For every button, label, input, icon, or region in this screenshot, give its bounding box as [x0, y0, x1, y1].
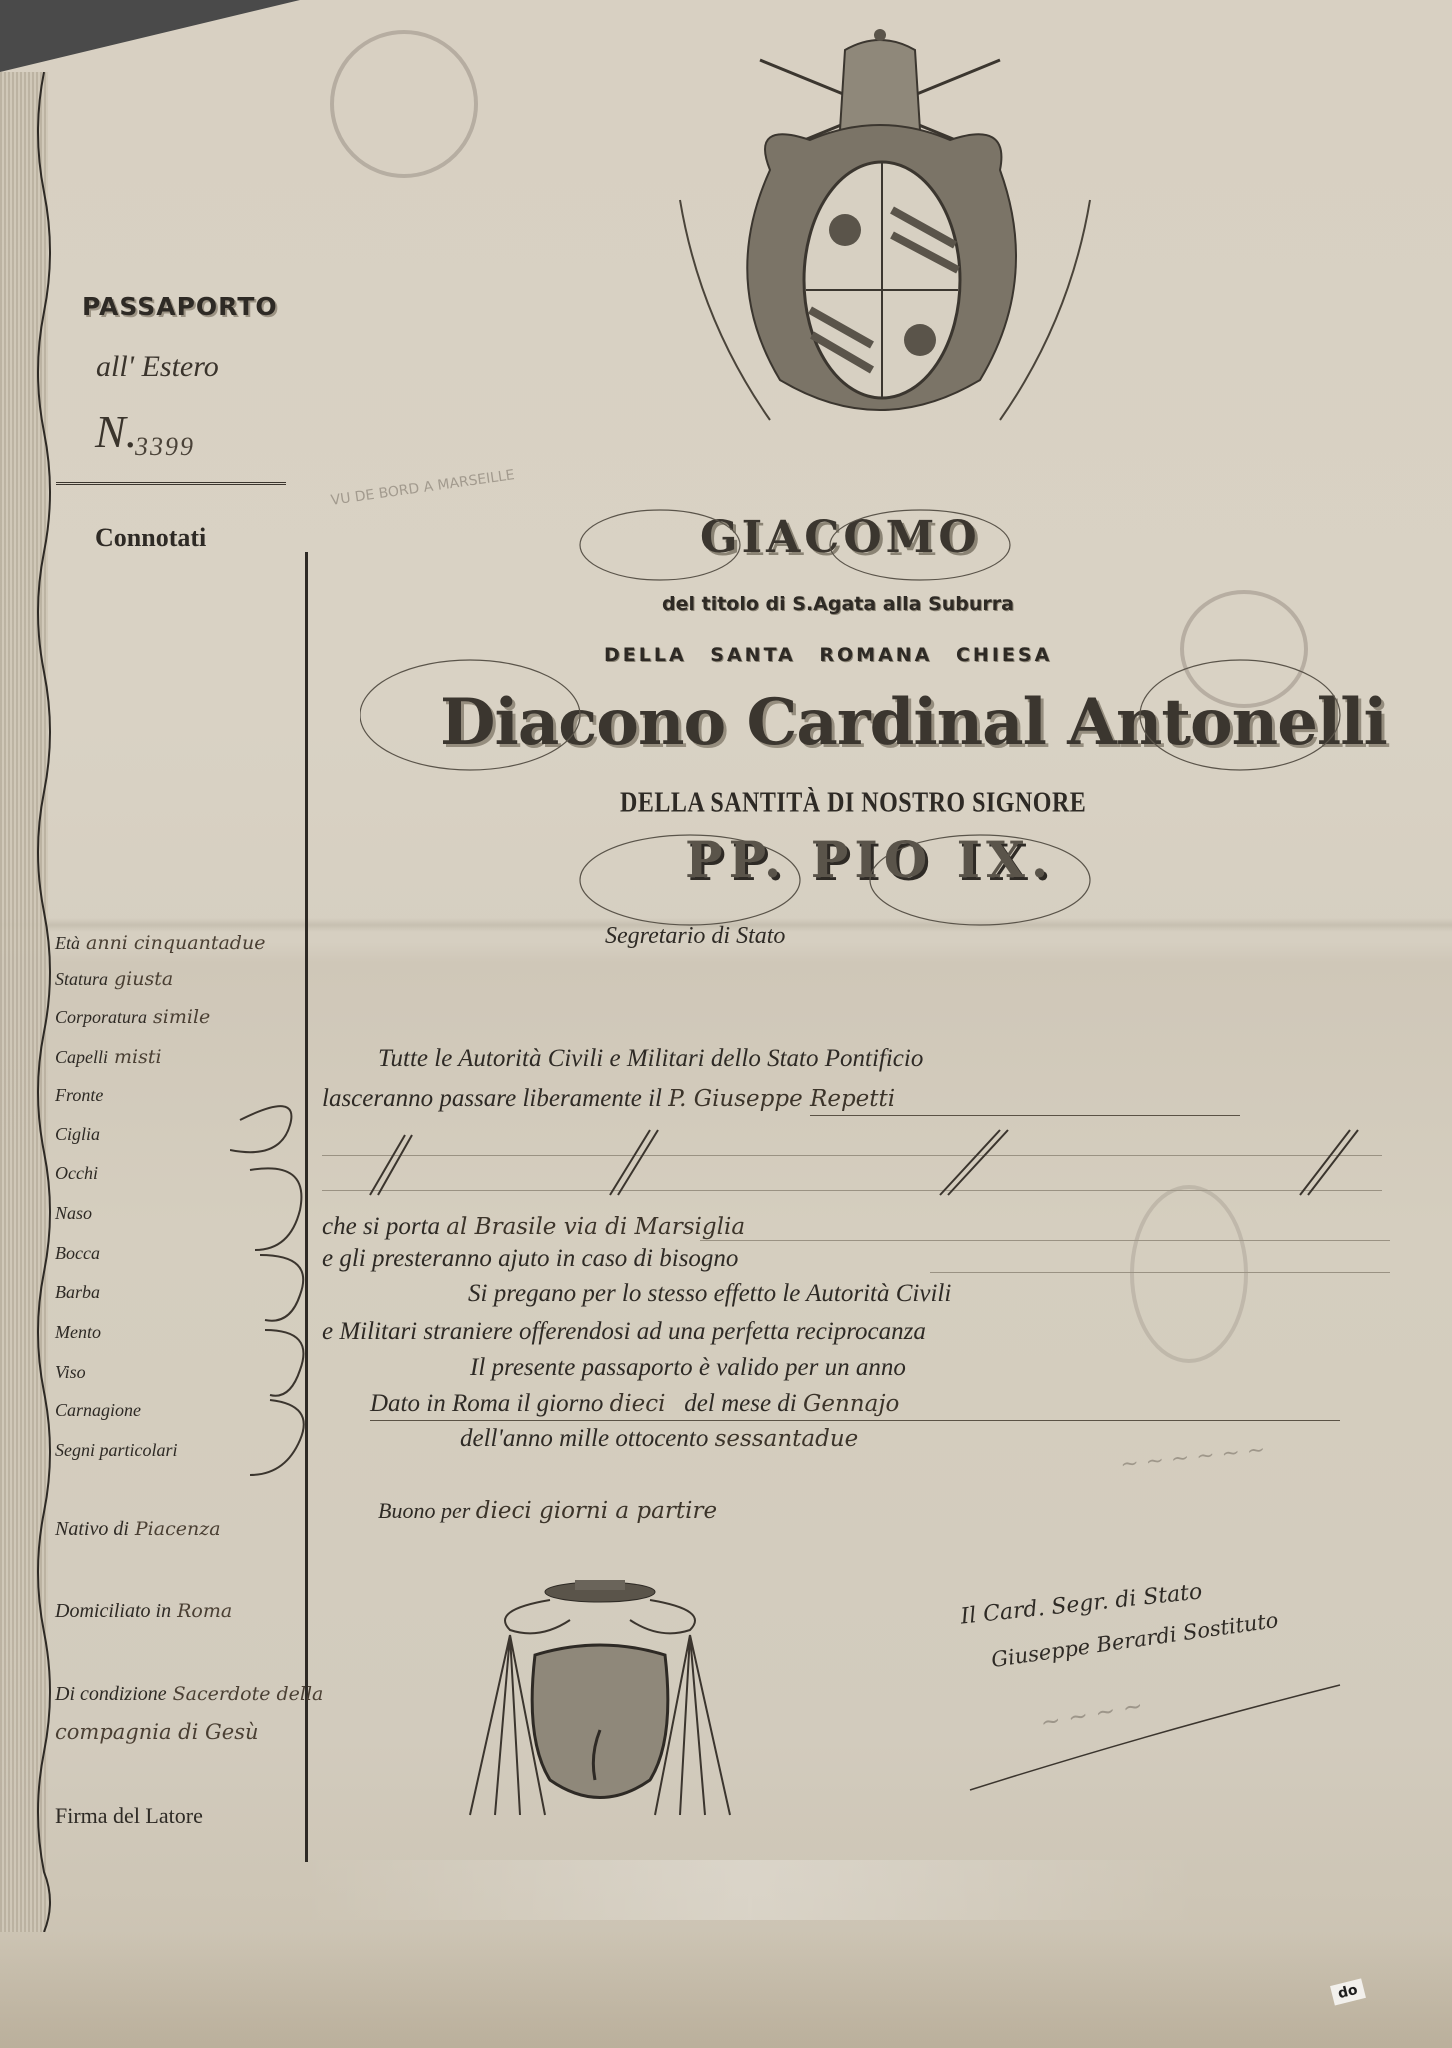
field-corporatura: Corporaturasimile — [55, 1006, 210, 1028]
field-segni-particolari: Segni particolari — [55, 1440, 178, 1461]
field-naso: Naso — [55, 1203, 92, 1224]
field-domicilio: Domiciliato inRoma — [55, 1600, 232, 1623]
body-line-4: e gli presteranno ajuto in caso di bisog… — [322, 1245, 738, 1273]
bearer-signature-label: Firma del Latore — [55, 1803, 203, 1829]
field-eta: Etàanni cinquantadue — [55, 932, 265, 954]
visa-validity: dieci giorni a partire — [476, 1498, 717, 1524]
ruled-line — [930, 1272, 1390, 1273]
bearer-underline — [810, 1115, 1240, 1116]
field-fronte: Fronte — [55, 1085, 103, 1106]
body-line-5: Si pregano per lo stesso effetto le Auto… — [468, 1280, 951, 1308]
field-condizione-cont: compagnia di Gesù — [55, 1720, 259, 1744]
field-carnagione: Carnagione — [55, 1400, 141, 1421]
field-barba: Barba — [55, 1282, 100, 1303]
ruled-line — [700, 1240, 1390, 1241]
body-line-2: lasceranno passare liberamente il P. Giu… — [322, 1085, 895, 1113]
field-mento: Mento — [55, 1322, 101, 1343]
field-statura: Staturagiusta — [55, 968, 173, 990]
passport-title: PASSAPORTO — [82, 292, 278, 321]
connotati-heading: Connotati — [95, 523, 206, 553]
bearer-name: P. Giuseppe Repetti — [668, 1086, 895, 1112]
body-line-1: Tutte le Autorità Civili e Militari dell… — [378, 1045, 923, 1073]
field-capelli: Capellimisti — [55, 1046, 162, 1068]
body-line-9: dell'anno mille ottocento sessantadue — [460, 1425, 858, 1453]
body-line-6: e Militari straniere offerendosi ad una … — [322, 1318, 926, 1346]
papal-coat-of-arms — [660, 20, 1110, 460]
field-nativo: Nativo diPiacenza — [55, 1518, 221, 1541]
body-line-3: che si porta al Brasile via di Marsiglia — [322, 1213, 745, 1241]
issue-day: dieci — [610, 1391, 666, 1417]
body-line-7: Il presente passaporto è valido per un a… — [470, 1354, 906, 1382]
glass-glare — [300, 1860, 1200, 1920]
body-line-8: Dato in Roma il giorno dieci del mese di… — [370, 1390, 899, 1418]
issue-year: sessantadue — [715, 1426, 859, 1452]
field-occhi: Occhi — [55, 1163, 98, 1184]
field-bocca: Bocca — [55, 1243, 100, 1264]
cardinal-coat-of-arms — [450, 1580, 750, 1830]
destination: al Brasile via di Marsiglia — [446, 1214, 745, 1240]
passport-number: 3399 — [135, 432, 195, 462]
signature-flourish — [960, 1680, 1380, 1800]
number-rule — [56, 482, 286, 485]
date-underline — [370, 1420, 1340, 1421]
top-left-stamp — [330, 30, 478, 178]
faded-stamp — [1130, 1185, 1248, 1363]
field-viso: Viso — [55, 1362, 86, 1383]
passport-subtitle: all' Estero — [96, 350, 219, 384]
handwritten-brace-marks — [230, 1080, 310, 1480]
cancellation-strokes — [340, 1120, 1380, 1200]
visa-line: Buono per dieci giorni a partire — [378, 1498, 717, 1524]
calligraphic-flourishes — [360, 490, 1360, 930]
field-condizione: Di condizioneSacerdote della — [55, 1683, 323, 1706]
field-ciglia: Ciglia — [55, 1124, 100, 1145]
issue-month: Gennajo — [803, 1391, 899, 1417]
wavy-border-line — [30, 72, 60, 1932]
worn-bottom-edge — [0, 1930, 1452, 2048]
number-prefix: N. — [95, 405, 137, 458]
